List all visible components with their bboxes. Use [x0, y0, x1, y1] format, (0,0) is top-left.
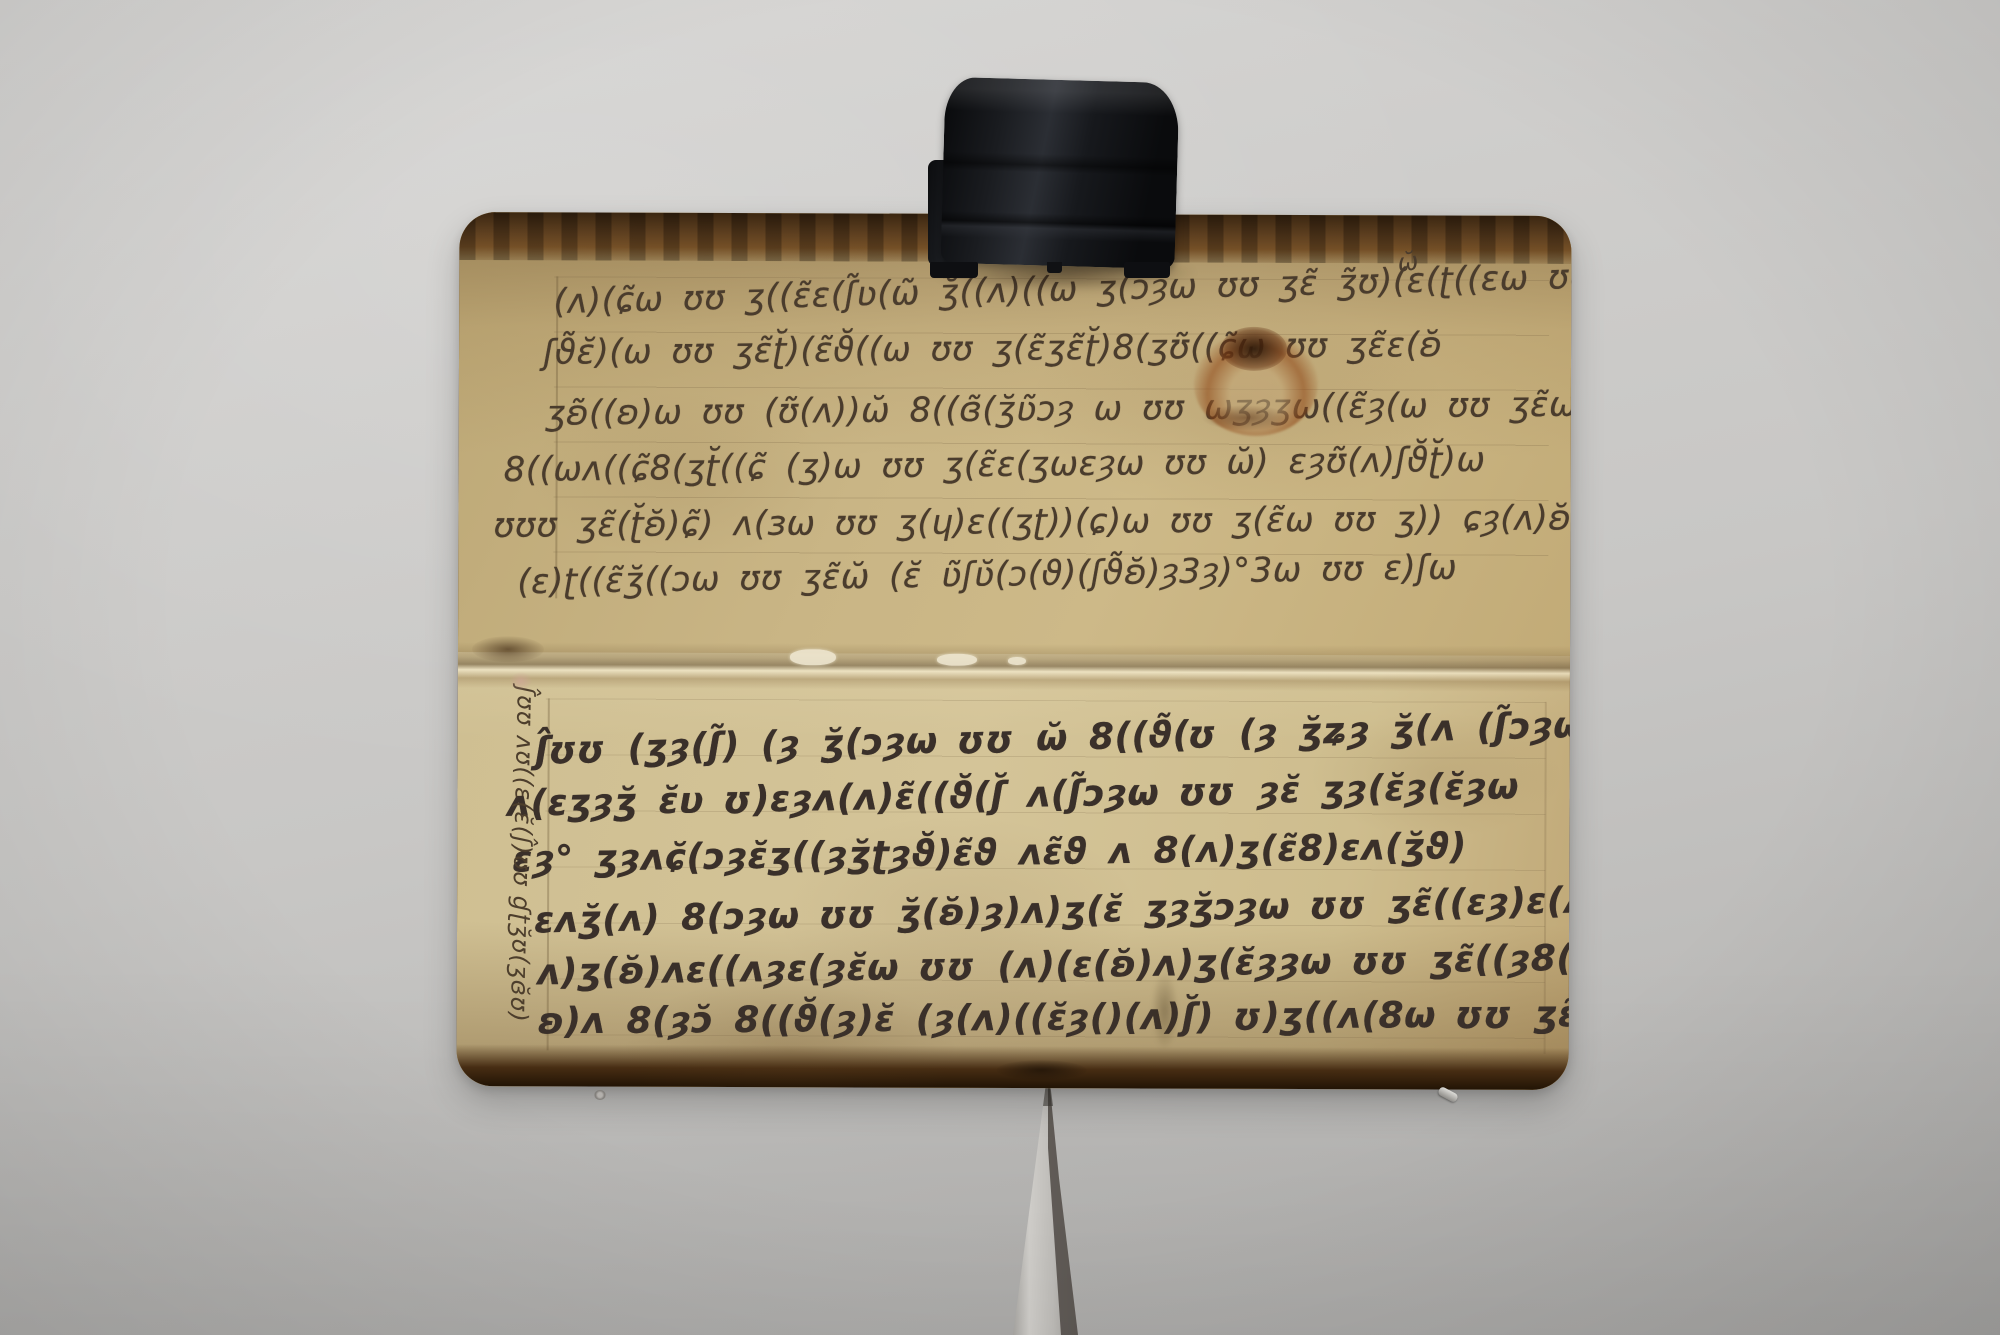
handwritten-line: ʚ)ʌ 8(ȝɔ̆ 8((ϑ̆(ȝ)ɛ̆ (ȝ(ʌ)((ɛ̆ȝ()(ʌ)ʃ̆) … [538, 996, 1572, 1040]
pink-wear-spot [510, 672, 532, 690]
clip-nub [1047, 262, 1062, 273]
handwritten-line: 8((ωʌ((ɕ̃8(ʒʈ̆((ɕ̃ (ʒ)ω ʊʊ ʒ(ɛ̃ɛ(ʒωɛȝω ʊ… [503, 443, 1485, 487]
dark-smudge [1152, 972, 1178, 1048]
blade [985, 1058, 1105, 1335]
blade-insertion-smudge [997, 1060, 1087, 1080]
paper-chip [937, 654, 977, 666]
rust-stain-spatter [1201, 405, 1291, 431]
fold-crease [458, 642, 1570, 692]
corner-mark: ω̆ [1395, 246, 1420, 278]
paper-chip [1008, 657, 1026, 665]
clip-foot-right [1124, 262, 1170, 278]
manuscript-notebook: (ʌ)(ɕ̃ω ʊʊ ʒ((ɛ̃ɛ(ʃ̃ʋ(ω̃ ʒ̆((ʌ)((ω ʒ(ɔȝω… [456, 212, 1571, 1090]
handwritten-line: ʒʚ̃((ʚ)ω ʊʊ (ʊ̃(ʌ))ω̆ 8((ɞ̃(ʒ̆ʋ̃ɔȝ ω ʊʊ … [546, 388, 1572, 431]
binder-clip [940, 77, 1179, 269]
debris-speck [594, 1090, 606, 1100]
photo-backdrop: (ʌ)(ɕ̃ω ʊʊ ʒ((ɛ̃ɛ(ʃ̃ʋ(ω̃ ʒ̆((ʌ)((ω ʒ(ɔȝω… [0, 0, 2000, 1335]
edge-stain-blob [472, 636, 544, 662]
handwritten-line: ʊʊʊ ʒɛ̃(ʈ̆ʚ̆)ɕ̃) ʌ(ɜω ʊʊ ʒ(ɥ)ɛ((ʒʈ))(ɕ)ω… [493, 501, 1571, 543]
paper-chip [790, 649, 836, 665]
rust-stain-core [1221, 327, 1287, 371]
clip-foot-left [930, 262, 978, 278]
